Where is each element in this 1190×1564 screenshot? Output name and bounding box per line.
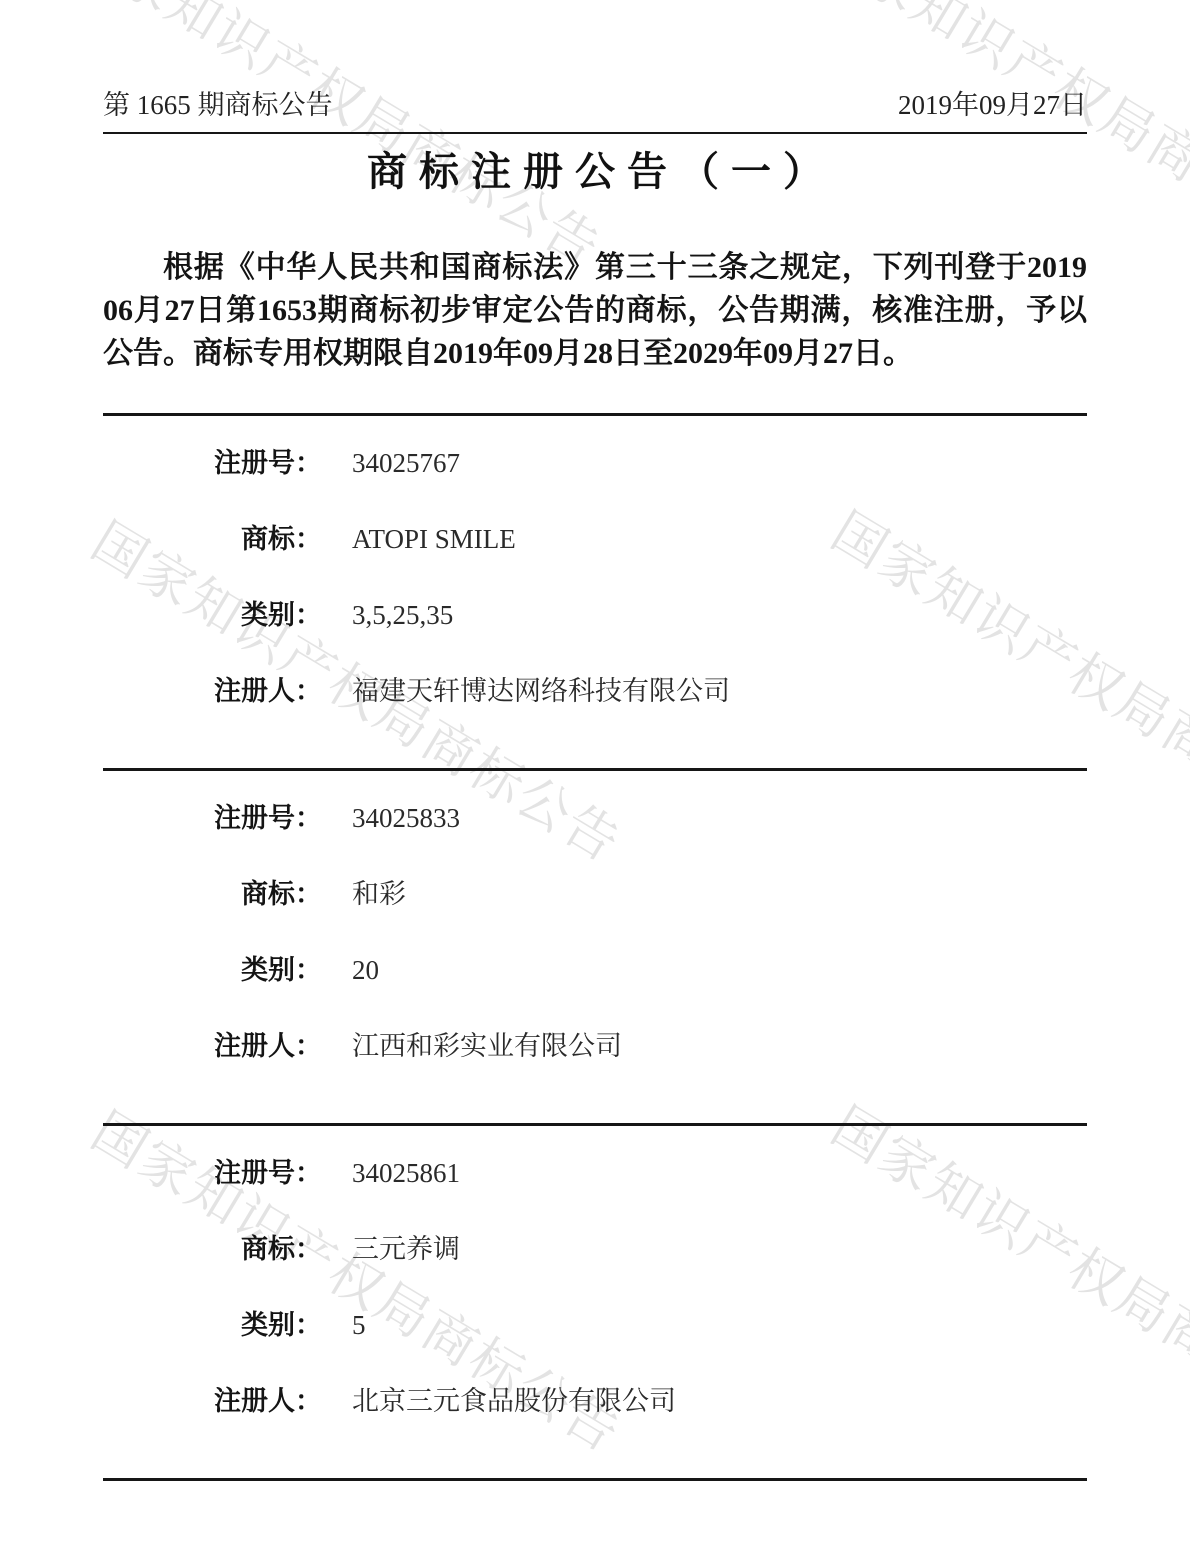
reg-no-value: 34025767: [352, 448, 460, 479]
trademark-value: 和彩: [352, 879, 406, 910]
registrant-label: 注册人：: [103, 1386, 322, 1417]
reg-no-value: 34025833: [352, 803, 460, 834]
issue-number: 第 1665 期商标公告: [103, 90, 333, 121]
trademark-label: 商标：: [103, 1234, 322, 1265]
registrant-value: 北京三元食品股份有限公司: [352, 1386, 676, 1417]
trademark-entry: 注册号： 34025833 商标： 和彩 类别： 20 注册人： 江西和彩实业有…: [103, 771, 1087, 1123]
field-row: 类别： 5: [103, 1310, 1087, 1341]
intro-paragraph: 根据《中华人民共和国商标法》第三十三条之规定，下列刊登于2019年 06月27日…: [103, 246, 1087, 375]
intro-line: 公告。商标专用权期限自2019年09月28日至2029年09月27日。: [103, 332, 1087, 375]
page-header: 第 1665 期商标公告 2019年09月27日: [103, 90, 1087, 121]
field-row: 类别： 20: [103, 955, 1087, 986]
reg-no-label: 注册号：: [103, 803, 322, 834]
registrant-value: 江西和彩实业有限公司: [352, 1031, 622, 1062]
trademark-entry: 注册号： 34025767 商标： ATOPI SMILE 类别： 3,5,25…: [103, 416, 1087, 768]
reg-no-label: 注册号：: [103, 448, 322, 479]
registrant-label: 注册人：: [103, 676, 322, 707]
intro-line: 根据《中华人民共和国商标法》第三十三条之规定，下列刊登于2019年: [103, 246, 1087, 289]
reg-no-label: 注册号：: [103, 1158, 322, 1189]
page-content: 第 1665 期商标公告 2019年09月27日 商标注册公告（一） 根据《中华…: [103, 0, 1087, 1481]
gazette-page: 国家知识产权局商标公告 国家知识产权局商标公告 国家知识产权局商标公告 国家知识…: [0, 0, 1190, 1564]
category-value: 3,5,25,35: [352, 600, 453, 631]
category-label: 类别：: [103, 1310, 322, 1341]
field-row: 类别： 3,5,25,35: [103, 600, 1087, 631]
field-row: 商标： 和彩: [103, 879, 1087, 910]
field-row: 注册人： 福建天轩博达网络科技有限公司: [103, 676, 1087, 707]
registrant-label: 注册人：: [103, 1031, 322, 1062]
field-row: 商标： ATOPI SMILE: [103, 524, 1087, 555]
field-row: 商标： 三元养调: [103, 1234, 1087, 1265]
category-value: 20: [352, 955, 379, 986]
category-label: 类别：: [103, 955, 322, 986]
category-label: 类别：: [103, 600, 322, 631]
field-row: 注册号： 34025767: [103, 448, 1087, 479]
category-value: 5: [352, 1310, 366, 1341]
trademark-value: 三元养调: [352, 1234, 460, 1265]
bottom-divider: [103, 1478, 1087, 1481]
page-title: 商标注册公告（一）: [103, 147, 1087, 196]
trademark-entry: 注册号： 34025861 商标： 三元养调 类别： 5 注册人： 北京三元食品…: [103, 1126, 1087, 1478]
field-row: 注册号： 34025833: [103, 803, 1087, 834]
trademark-label: 商标：: [103, 879, 322, 910]
intro-line: 06月27日第1653期商标初步审定公告的商标，公告期满，核准注册，予以: [103, 289, 1087, 332]
field-row: 注册人： 北京三元食品股份有限公司: [103, 1386, 1087, 1417]
header-divider: [103, 132, 1087, 134]
trademark-value: ATOPI SMILE: [352, 524, 516, 555]
reg-no-value: 34025861: [352, 1158, 460, 1189]
field-row: 注册人： 江西和彩实业有限公司: [103, 1031, 1087, 1062]
trademark-label: 商标：: [103, 524, 322, 555]
registrant-value: 福建天轩博达网络科技有限公司: [352, 676, 730, 707]
field-row: 注册号： 34025861: [103, 1158, 1087, 1189]
publication-date: 2019年09月27日: [898, 90, 1087, 121]
